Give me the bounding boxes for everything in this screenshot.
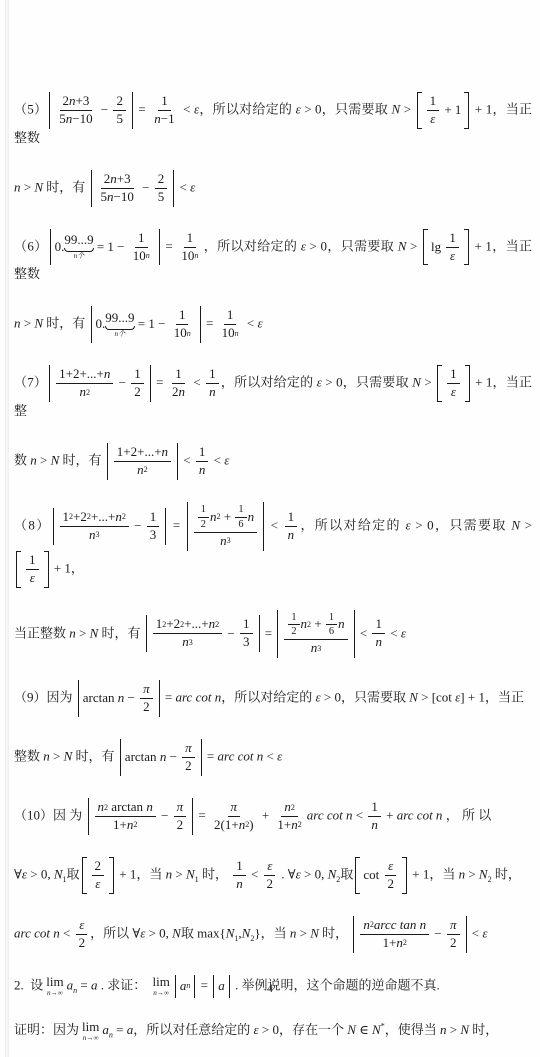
denominator: 2 <box>264 876 277 892</box>
denominator: 6 <box>326 625 337 638</box>
math-italic: ε <box>190 179 195 194</box>
math-italic: N <box>172 925 181 940</box>
math-italic: N <box>347 1022 356 1037</box>
text: −1 <box>161 112 175 127</box>
text: 1 <box>449 231 456 246</box>
fraction: 110n <box>130 231 153 264</box>
text: = <box>204 749 218 764</box>
fraction: 25 <box>113 94 126 127</box>
text: ] + 1，当正 <box>460 690 524 705</box>
text: +3 <box>76 94 90 109</box>
math-italic: arc cot n <box>307 808 353 823</box>
text: − <box>431 925 445 944</box>
text: 5 <box>158 190 165 205</box>
underbrace-group: 99...9n个 <box>105 311 134 339</box>
fraction: 1n <box>285 510 298 543</box>
text: arctan <box>83 689 118 708</box>
numerator: 1 <box>372 617 385 634</box>
text: +...+ <box>184 617 208 632</box>
math-italic: n <box>235 329 239 338</box>
math-italic: N <box>392 101 401 116</box>
fraction: 12 <box>288 612 299 639</box>
underbrace-base: 99...9 <box>105 311 134 325</box>
fraction: 16 <box>235 504 246 531</box>
numerator: π <box>140 682 153 699</box>
item-5-line-1: （5）2n+35n−10 − 25 = 1n−1 < ε，所以对给定的 ε > … <box>14 92 532 148</box>
math-italic: n <box>104 367 111 382</box>
math-italic: N <box>328 866 337 881</box>
math-italic: arc cot n <box>397 808 443 823</box>
text: 1 <box>371 800 378 815</box>
denominator: n3 <box>308 640 325 656</box>
math-italic: n <box>162 445 169 460</box>
denominator: n <box>196 462 209 478</box>
denominator: 3 <box>147 527 160 543</box>
superscript: 3 <box>189 639 193 647</box>
text: 时，有 <box>59 452 105 467</box>
math-italic: n <box>236 877 243 892</box>
numerator: 1 <box>447 367 460 384</box>
numerator: 1 <box>427 94 440 111</box>
text: + 1，当 <box>116 866 166 881</box>
superscript: 2 <box>133 821 137 829</box>
numerator: n2 arctan n <box>95 800 156 817</box>
fraction: 1+2+...+nn2 <box>114 445 171 478</box>
text: +...+ <box>91 510 115 525</box>
text: = <box>262 625 276 640</box>
underbrace-label: n个 <box>115 331 126 339</box>
text: 10 <box>222 326 235 341</box>
text: 2 <box>403 938 407 947</box>
fraction: π2(1+n2) <box>211 800 257 833</box>
problem-2-proof: 证明：因为limn→∞an = a，所以对任意给定的 ε > 0，存在一个 N … <box>14 1020 532 1042</box>
denominator: 1+n2 <box>380 935 410 951</box>
underbrace-label: n个 <box>74 253 85 261</box>
denominator: 10n <box>178 248 201 264</box>
fraction: 2n+35n−10 <box>98 172 137 205</box>
text: < <box>387 625 401 640</box>
numerator: 1 <box>198 504 209 518</box>
math-italic: N <box>34 316 43 331</box>
numerator: 2n+3 <box>60 94 93 111</box>
absolute-value-content: 1+2+...+nn2 − 12 <box>54 367 146 400</box>
bracket-content: 2ε <box>89 857 108 894</box>
text: 6 <box>238 519 243 531</box>
absolute-value: 2n+35n−10 − 25 <box>49 92 133 129</box>
text: 2 <box>158 172 165 187</box>
text: +3 <box>117 172 131 187</box>
fraction: 110n <box>171 308 194 341</box>
text: 时， <box>319 925 352 940</box>
fraction: 13 <box>147 510 160 543</box>
absolute-value: 2n+35n−10 − 25 <box>91 170 175 207</box>
denominator: 10n <box>130 248 153 264</box>
numerator: 2 <box>92 859 105 876</box>
text: 1 <box>179 308 186 323</box>
numerator: 1 <box>206 367 219 384</box>
fraction: 1n <box>196 445 209 478</box>
numerator: 1 <box>184 231 197 248</box>
text: = <box>135 101 149 116</box>
text: +2 <box>73 510 87 525</box>
text: > <box>76 625 90 640</box>
numerator: n2arcc tan n <box>360 918 429 935</box>
math-italic: ε <box>257 316 262 331</box>
text: ，所以 ∀ <box>90 925 140 940</box>
text: cot <box>363 866 382 885</box>
math-italic: ε <box>267 859 272 874</box>
text: ) <box>249 818 253 833</box>
text: 1 <box>29 553 36 568</box>
text: 2 <box>86 388 90 397</box>
math-italic: ε <box>451 385 456 400</box>
superscript: 3 <box>317 645 321 653</box>
underbrace-base: 99...9 <box>64 233 93 247</box>
fraction: ε2 <box>76 918 89 951</box>
fraction: n21+n2 <box>274 800 304 833</box>
text: > 0，只需要取 <box>306 238 398 253</box>
text: > <box>21 316 35 331</box>
denominator: 6 <box>235 518 246 531</box>
numerator: 1 <box>26 553 39 570</box>
text: （6） <box>14 238 48 253</box>
text: − <box>224 625 238 644</box>
text: 2 <box>291 626 296 638</box>
denominator: 1+n2 <box>110 817 140 833</box>
absolute-value: 12+22+...+n2n3 − 13 <box>53 508 167 545</box>
fraction: 12+22+...+n2n3 <box>153 617 222 650</box>
text: 1 <box>329 612 334 624</box>
item-10-line-2: ∀ε > 0, N1取2ε + 1，当 n > N1 时， 1n < ε2 . … <box>14 857 532 894</box>
text: + 1， <box>51 560 84 575</box>
text: （10）因 为 <box>14 808 86 823</box>
text: 1 <box>199 445 206 460</box>
math-italic: ε <box>482 925 487 940</box>
absolute-value-content: 12n2 + 16nn3 <box>192 504 259 549</box>
text: 1+2+...+ <box>59 367 104 382</box>
text: 取 max{ <box>181 925 226 940</box>
fraction: 12 <box>198 504 209 531</box>
text: 时，有 <box>43 316 89 331</box>
text: 时， <box>492 866 521 881</box>
text: 3 <box>243 635 250 650</box>
text: − <box>98 101 112 120</box>
text: > <box>465 866 479 881</box>
text: 1 <box>175 367 182 382</box>
text: ， 所 以 <box>442 808 491 823</box>
text: 3 <box>227 536 231 545</box>
text: 1+ <box>277 818 291 833</box>
absolute-value-content: arctan n − π2 <box>83 682 155 715</box>
text: 0. <box>55 238 65 257</box>
math-italic: π <box>185 741 192 756</box>
text: 1 <box>161 94 168 109</box>
text: 2 <box>79 936 86 951</box>
text: 当正整数 <box>14 625 69 640</box>
numerator: 12+22+...+n2 <box>60 510 129 527</box>
square-bracket: cot ε2 <box>355 857 407 894</box>
denominator: 10n <box>219 325 242 341</box>
text: + 1 <box>441 101 461 120</box>
text: ，所以对给定的 <box>221 690 315 705</box>
text: ，使得当 <box>385 1022 440 1037</box>
text: < <box>60 925 74 940</box>
text: = <box>113 1022 127 1037</box>
math-italic: N <box>409 690 418 705</box>
text: 1 <box>430 94 437 109</box>
absolute-value-content: n2 arctan n1+n2 − π2 <box>93 800 189 833</box>
text: 1+2+...+ <box>117 445 162 460</box>
numerator: 1 <box>285 510 298 527</box>
fraction: 1n <box>233 859 246 892</box>
denominator: 2 <box>174 817 187 833</box>
text: < <box>266 517 283 532</box>
text: }，当 <box>254 925 290 940</box>
numerator: n2 <box>281 800 298 817</box>
fraction: π2 <box>182 741 195 774</box>
math-italic: n <box>375 635 382 650</box>
math-italic: n <box>371 818 378 833</box>
denominator: n <box>368 817 381 833</box>
denominator: n2 <box>134 462 151 478</box>
numerator: π <box>174 800 187 817</box>
text: = <box>153 375 167 390</box>
text: > <box>421 375 435 390</box>
text: − <box>131 517 145 536</box>
fraction: 12n2 + 16nn3 <box>284 612 347 657</box>
text: < <box>248 866 262 881</box>
numerator: 1 <box>135 231 148 248</box>
denominator: 2 <box>140 699 153 715</box>
math-italic: ε <box>401 625 406 640</box>
math-italic: N <box>90 625 99 640</box>
text: ，所以对给定的 <box>203 238 300 253</box>
text: （9）因为 <box>14 690 76 705</box>
absolute-value-content: 12n2 + 16nn3 <box>282 612 349 657</box>
text: 2 <box>144 465 148 474</box>
item-8-line-1: （8）12+22+...+n2n3 − 13 = 12n2 + 16nn3 < … <box>14 502 532 588</box>
item-10-line-3: arc cot n < ε2，所以 ∀ε > 0, N取 max{N1,N2}，… <box>14 916 532 953</box>
absolute-value-content: 1+2+...+nn2 <box>112 445 173 478</box>
math-italic: N <box>372 1022 381 1037</box>
math-italic: N <box>186 866 195 881</box>
text: 证明：因为 <box>14 1022 79 1037</box>
text: 10 <box>133 249 146 264</box>
text: < <box>180 101 194 116</box>
math-italic: ε <box>450 249 455 264</box>
text: > <box>37 452 51 467</box>
superscript: 2 <box>86 389 90 397</box>
math-italic: N <box>51 452 60 467</box>
text: 1 <box>236 859 243 874</box>
math-italic: π <box>231 800 238 815</box>
math-italic: n <box>248 510 255 525</box>
document-page: （5）2n+35n−10 − 25 = 1n−1 < ε，所以对给定的 ε > … <box>0 0 540 1057</box>
text: 1+ <box>383 936 397 951</box>
superscript: n <box>235 330 239 338</box>
math-italic: ε <box>224 452 229 467</box>
math-italic: ε <box>30 571 35 586</box>
text: > 0，存在一个 <box>259 1022 348 1037</box>
denominator: 5 <box>113 111 126 127</box>
text: ，所以对任意给定的 <box>133 1022 253 1037</box>
text: < <box>353 808 367 823</box>
item-10-line-1: （10）因 为 n2 arctan n1+n2 − π2 = π2(1+n2) … <box>14 798 532 835</box>
text: = <box>203 316 217 331</box>
text: 3 <box>150 528 157 543</box>
math-italic: N <box>34 179 43 194</box>
bracket-content: 1ε + 1 <box>424 92 463 129</box>
page-left-scan-edge <box>5 0 9 1057</box>
text: ∈ <box>356 1022 372 1037</box>
math-italic: n <box>338 617 345 632</box>
fraction: 12n <box>169 367 188 400</box>
math-italic: N <box>412 375 421 390</box>
numerator: 1 <box>158 94 171 111</box>
fraction: 2ε <box>92 859 105 892</box>
denominator: 5n−10 <box>98 189 137 205</box>
text: 3 <box>95 530 99 539</box>
numerator: 1 <box>147 510 160 527</box>
math-italic: n <box>209 385 216 400</box>
absolute-value: arctan n − π2 <box>120 739 202 776</box>
denominator: 2(1+n2) <box>211 817 257 833</box>
math-italic: n <box>194 251 198 260</box>
item-7-line-2: 数 n > N 时，有 1+2+...+nn2 < 1n < ε <box>14 443 532 480</box>
text: < <box>263 749 277 764</box>
numerator: 1 <box>233 859 246 876</box>
absolute-value: 12+22+...+n2n3 − 13 <box>146 615 260 652</box>
text: 2 <box>298 820 302 829</box>
math-italic: ε <box>95 877 100 892</box>
text: 1 <box>150 510 157 525</box>
denominator: n3 <box>86 527 103 543</box>
math-italic: arc cot n <box>14 925 60 940</box>
denominator: 2 <box>76 935 89 951</box>
math-italic: ε <box>430 112 435 127</box>
denominator: 2 <box>384 876 397 892</box>
limit-base: lim <box>82 1020 99 1033</box>
math-italic: n <box>146 251 150 260</box>
math-italic: N <box>64 749 73 764</box>
numerator: 1 <box>368 800 381 817</box>
absolute-value-content: 2n+35n−10 − 25 <box>96 172 170 205</box>
text: 5 <box>116 112 123 127</box>
text: 99...9 <box>64 232 93 247</box>
denominator: n3 <box>179 634 196 650</box>
item-7-line-1: （7）1+2+...+nn2 − 12 = 12n < 1n，所以对给定的 ε … <box>14 365 532 421</box>
numerator: 1 <box>224 308 237 325</box>
text: > 0，只需要取 <box>322 375 412 390</box>
numerator: 2n+3 <box>101 172 134 189</box>
text: 2 <box>177 818 184 833</box>
text: 1 <box>375 617 382 632</box>
numerator: 1 <box>240 617 253 634</box>
fraction: 1ε <box>447 367 460 400</box>
text: 1 <box>187 231 194 246</box>
fraction: π2 <box>174 800 187 833</box>
superscript: 2 <box>215 621 219 629</box>
text: > <box>296 925 310 940</box>
underbrace-group: 99...9n个 <box>64 233 93 261</box>
text: > 0，只需要取 <box>411 517 512 532</box>
fraction: ε2 <box>264 859 277 892</box>
fraction: π2 <box>447 918 460 951</box>
denominator: 3 <box>240 634 253 650</box>
text: = 1 − <box>94 238 128 257</box>
text: 1 <box>291 612 296 624</box>
limit-operator: limn→∞ <box>82 1020 99 1042</box>
text: > <box>50 749 64 764</box>
absolute-value: 12n2 + 16nn3 <box>277 610 354 659</box>
math-italic: arc cot n <box>218 749 264 764</box>
bracket-content: lg 1ε <box>430 229 462 266</box>
text: →∞ <box>86 1034 98 1042</box>
fraction: 1n <box>372 617 385 650</box>
text: > 0, <box>27 866 54 881</box>
fraction: 1n <box>368 800 381 833</box>
numerator: 1 <box>176 308 189 325</box>
math-italic: ε <box>388 859 393 874</box>
math-italic: ε <box>277 749 282 764</box>
text: + <box>383 808 397 823</box>
text: 时，有 <box>72 749 118 764</box>
text: − <box>124 689 138 708</box>
text: > <box>406 238 421 253</box>
text: < <box>244 316 258 331</box>
fraction: 1n−1 <box>151 94 177 127</box>
math-italic: arcc tan n <box>374 918 426 933</box>
fraction: n2 arctan n1+n2 <box>95 800 156 833</box>
text: arctan <box>125 748 160 767</box>
text: + <box>311 617 325 632</box>
text: ∀ <box>14 866 22 881</box>
text: . ∀ <box>278 866 296 881</box>
numerator: 2 <box>155 172 168 189</box>
text: > 0, <box>145 925 172 940</box>
text: 2 <box>387 877 394 892</box>
numerator: 1 <box>172 367 185 384</box>
fraction: 110n <box>178 231 201 264</box>
text: > <box>400 101 414 116</box>
text: 10 <box>181 249 194 264</box>
superscript: n <box>194 252 198 260</box>
text: 1 <box>227 308 234 323</box>
superscript: 2 <box>298 821 302 829</box>
item-6-line-1: （6）0.99...9n个 = 1 − 110n = 110n，所以对给定的 ε… <box>14 229 532 285</box>
text: 2 <box>95 859 102 874</box>
text: < <box>357 625 371 640</box>
fraction: π2 <box>140 682 153 715</box>
denominator: n2 <box>76 384 93 400</box>
absolute-value-content: 12+22+...+n2n3 − 13 <box>58 510 162 543</box>
denominator: 2 <box>288 625 299 638</box>
text: ，所以对给定的 <box>221 375 317 390</box>
text: > 0，只需要取 <box>321 690 410 705</box>
superscript: 2 <box>291 804 295 812</box>
superscript: 3 <box>227 537 231 545</box>
numerator: 1+2+...+n <box>114 445 171 462</box>
text: 取 <box>340 866 353 881</box>
text: + <box>259 808 273 823</box>
absolute-value: 0.99...9n个 = 1 − 110n <box>50 229 160 266</box>
text: 1 <box>238 504 243 516</box>
numerator: ε <box>76 918 87 935</box>
text: = <box>162 690 176 705</box>
text: 3 <box>317 644 321 653</box>
denominator: 2 <box>447 935 460 951</box>
text: = <box>168 517 185 532</box>
